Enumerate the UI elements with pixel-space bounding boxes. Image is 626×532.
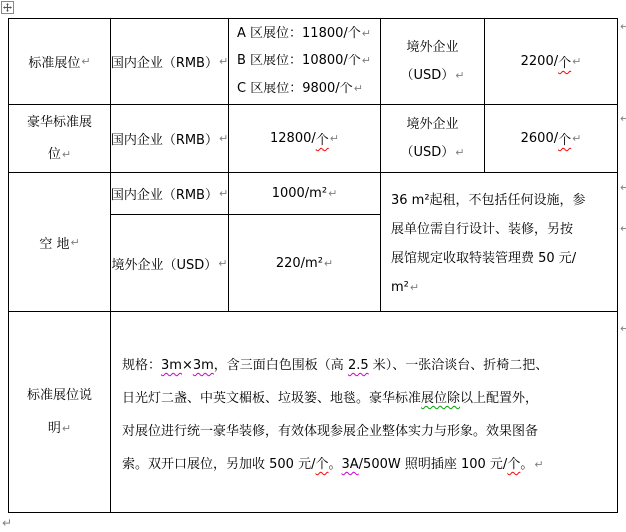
openspace-foreign-text: 境外企业（USD） (112, 254, 218, 273)
deluxe-foreign-line2: （USD）↵ (401, 139, 465, 167)
spec-line1: 规格：3m×3m，含三面白色围板（高 2.5 米）、一张洽谈台、折椅二把、 (122, 349, 613, 382)
cell-openspace-domestic-price: 1000/m²↵ (229, 173, 381, 215)
spec-line4: 索。双开口展位，另加收 500 元/个。3A/500W 照明插座 100 元/个… (122, 448, 613, 481)
cell-openspace-foreign-price: 220/m²↵ (229, 215, 381, 312)
spec-3m-marked: 3m (193, 358, 214, 373)
paragraph-mark: ↵ (455, 146, 464, 159)
paragraph-mark: ↵ (354, 82, 363, 94)
end-of-row-mark: ↵ (620, 112, 626, 125)
paragraph-mark: ↵ (219, 55, 228, 68)
standard-foreign-line2: （USD）↵ (401, 62, 465, 90)
zone-a-price: A 区展位：11800/个 (237, 26, 361, 41)
cell-openspace-domestic: 国内企业（RMB）↵ (111, 173, 229, 215)
paragraph-mark-below-table: ↵ (2, 516, 12, 530)
zone-c-price: C 区展位：9800/个 (237, 82, 353, 94)
deluxe-label-line2: 位↵ (48, 139, 71, 171)
spec-height-marked: 2.5 (348, 358, 369, 373)
spec-unit-marked: 个 (315, 457, 328, 472)
paragraph-mark: ↵ (534, 458, 543, 471)
deluxe-domestic-price-value: 12800/ (270, 131, 316, 146)
openspace-note-line3: 展馆规定收取特装管理费 50 元/ (391, 244, 613, 273)
spec-line2: 日光灯二盏、中英文楣板、垃圾篓、地毯。豪华标准展位除以上配置外， (122, 382, 613, 415)
cell-spec-label: 标准展位说 明↵ (9, 312, 111, 512)
paragraph-mark: ↵ (81, 55, 90, 68)
cell-openspace-label: 空 地↵ (9, 173, 111, 312)
clipped-text: C 区展位：9800/个↵ (237, 82, 363, 94)
deluxe-foreign-line1: 境外企业 (406, 111, 458, 139)
spec-line3: 对展位进行统一豪华装修，有效体现参展企业整体实力与形象。效果图备 (122, 415, 613, 448)
paragraph-mark: ↵ (572, 55, 581, 68)
pricing-table: 标准展位↵ 国内企业（RMB）↵ A 区展位：11800/个↵ B 区展位：10… (8, 18, 618, 513)
paragraph-mark: ↵ (362, 27, 371, 40)
paragraph-mark: ↵ (324, 257, 333, 270)
paragraph-mark: ↵ (62, 422, 71, 435)
cell-standard-domestic: 国内企业（RMB）↵ (111, 19, 229, 105)
standard-domestic-text: 国内企业（RMB） (111, 52, 218, 71)
end-of-row-mark: ↵ (620, 322, 626, 335)
cell-standard-foreign-price: 2200/个↵ (485, 19, 617, 105)
openspace-foreign-price-value: 220/m² (276, 256, 323, 271)
deluxe-domestic-text: 国内企业（RMB） (111, 129, 218, 148)
paragraph-mark: ↵ (455, 69, 464, 82)
clipped-text: B 区展位：10800/个↵ (237, 54, 371, 66)
paragraph-mark: ↵ (572, 132, 581, 145)
paragraph-mark: ↵ (219, 132, 228, 145)
end-of-row-mark: ↵ (620, 222, 626, 235)
spec-label-line2: 明↵ (48, 412, 71, 445)
paragraph-mark: ↵ (328, 187, 337, 200)
cell-deluxe-foreign-price: 2600/个↵ (485, 105, 617, 173)
standard-label-text: 标准展位 (28, 52, 80, 71)
openspace-domestic-text: 国内企业（RMB） (111, 184, 218, 203)
paragraph-mark: ↵ (410, 281, 419, 294)
zone-a-price-line: A 区展位：11800/个↵ (237, 26, 380, 54)
cell-standard-zone-prices: A 区展位：11800/个↵ B 区展位：10800/个↵ C 区展位：9800… (229, 19, 381, 105)
openspace-note-line2: 展单位需自行设计、装修，另按 (391, 215, 613, 244)
cell-spec-description: 规格：3m×3m，含三面白色围板（高 2.5 米）、一张洽谈台、折椅二把、 日光… (111, 312, 617, 512)
deluxe-label-line1: 豪华标准展 (27, 107, 92, 139)
cell-openspace-foreign: 境外企业（USD）↵ (111, 215, 229, 312)
paragraph-mark: ↵ (62, 148, 71, 161)
deluxe-foreign-price-unit: 个 (558, 129, 571, 148)
spec-grammar-marked: 展位除 (421, 391, 460, 406)
standard-foreign-price-value: 2200/ (521, 54, 558, 69)
cell-deluxe-domestic-price: 12800/个↵ (229, 105, 381, 173)
openspace-label-text: 空 地 (39, 233, 69, 252)
openspace-domestic-price-value: 1000/m² (272, 186, 327, 201)
word-document-page: 标准展位↵ 国内企业（RMB）↵ A 区展位：11800/个↵ B 区展位：10… (0, 0, 626, 532)
spec-unit-marked: 个 (507, 457, 520, 472)
standard-foreign-price-unit: 个 (558, 52, 571, 71)
deluxe-foreign-price-value: 2600/ (521, 131, 558, 146)
cell-standard-foreign: 境外企业 （USD）↵ (381, 19, 485, 105)
paragraph-mark: ↵ (219, 187, 228, 200)
openspace-note-line4: m²↵ (391, 273, 613, 302)
end-of-row-mark: ↵ (620, 20, 626, 33)
cell-deluxe-label: 豪华标准展 位↵ (9, 105, 111, 173)
cell-deluxe-foreign: 境外企业 （USD）↵ (381, 105, 485, 173)
end-of-row-mark: ↵ (620, 181, 626, 194)
standard-foreign-line1: 境外企业 (406, 34, 458, 62)
paragraph-mark: ↵ (70, 236, 79, 249)
openspace-note-line1: 36 m²起租，不包括任何设施，参 (391, 186, 613, 215)
paragraph-mark: ↵ (218, 257, 227, 270)
paragraph-mark: ↵ (330, 132, 339, 145)
zone-b-price: B 区展位：10800/个 (237, 54, 361, 66)
zone-b-price-line: B 区展位：10800/个↵ (237, 54, 380, 82)
cell-deluxe-domestic: 国内企业（RMB）↵ (111, 105, 229, 173)
paragraph-mark: ↵ (362, 54, 371, 66)
spec-3m-marked: 3m (161, 358, 182, 373)
spec-label-line1: 标准展位说 (27, 379, 92, 412)
cell-openspace-note: 36 m²起租，不包括任何设施，参 展单位需自行设计、装修，另按 展馆规定收取特… (381, 173, 617, 312)
cell-standard-label: 标准展位↵ (9, 19, 111, 105)
table-move-handle-icon[interactable] (1, 1, 14, 14)
deluxe-domestic-price-unit: 个 (316, 129, 329, 148)
spec-3a-marked: 3A (342, 457, 359, 472)
